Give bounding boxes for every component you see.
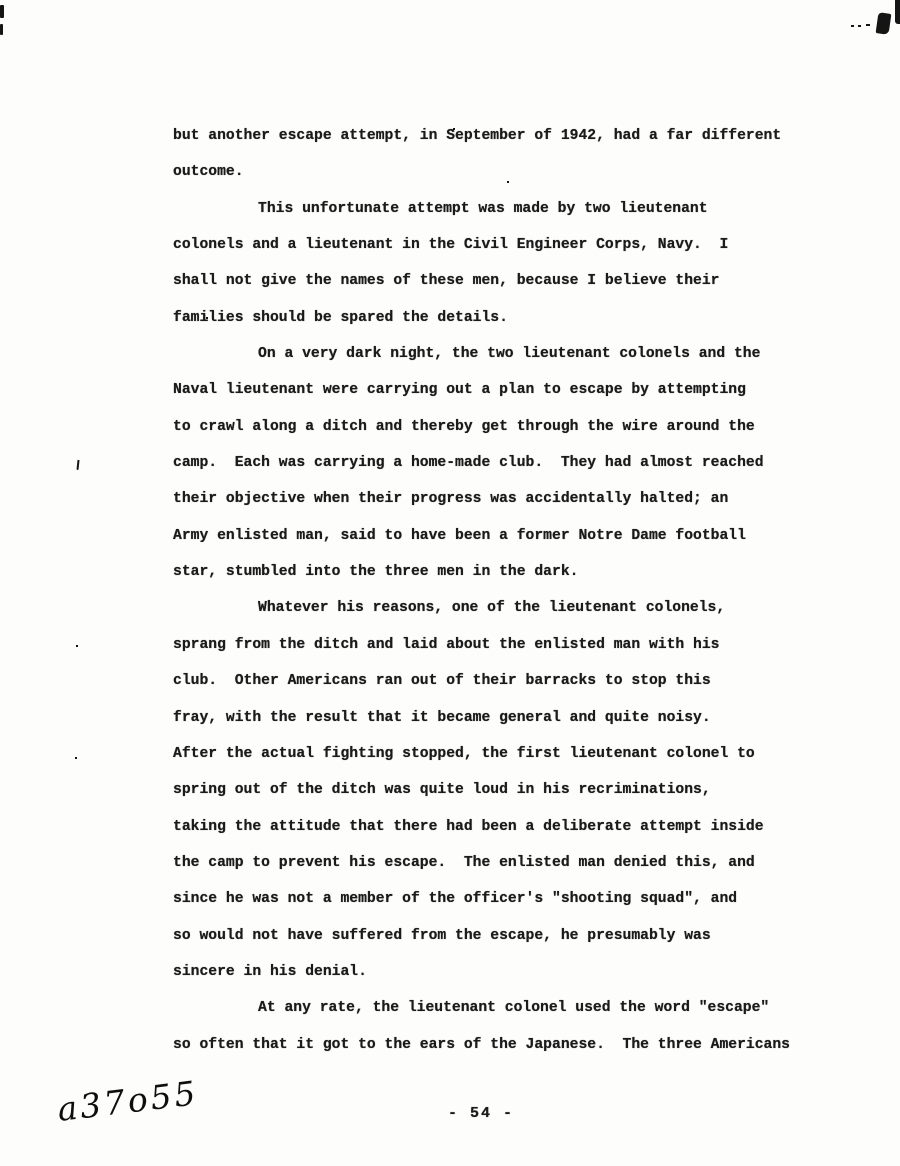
text-line: sprang from the ditch and laid about the… bbox=[173, 627, 833, 663]
scan-artifact bbox=[851, 25, 854, 27]
text-line: camp. Each was carrying a home-made club… bbox=[173, 445, 833, 481]
text-line: so would not have suffered from the esca… bbox=[173, 918, 833, 954]
text-line: At any rate, the lieutenant colonel used… bbox=[173, 990, 833, 1026]
text-line: so often that it got to the ears of the … bbox=[173, 1027, 833, 1063]
text-line: Whatever his reasons, one of the lieuten… bbox=[173, 590, 833, 626]
text-line: star, stumbled into the three men in the… bbox=[173, 554, 833, 590]
handwritten-annotation: a37o55 bbox=[55, 1073, 200, 1129]
page-number: - 54 - bbox=[448, 1105, 514, 1122]
scan-artifact bbox=[206, 317, 208, 319]
scan-artifact bbox=[75, 757, 77, 759]
text-line: This unfortunate attempt was made by two… bbox=[173, 191, 833, 227]
text-line: fray, with the result that it became gen… bbox=[173, 700, 833, 736]
scan-artifact bbox=[858, 25, 861, 27]
text-line: colonels and a lieutenant in the Civil E… bbox=[173, 227, 833, 263]
text-line: taking the attitude that there had been … bbox=[173, 809, 833, 845]
scan-artifact bbox=[0, 24, 3, 35]
scan-artifact bbox=[507, 181, 509, 183]
typewritten-text: but another escape attempt, in September… bbox=[173, 118, 833, 1063]
scanned-document-page: but another escape attempt, in September… bbox=[0, 0, 900, 1166]
scan-artifact bbox=[76, 645, 78, 647]
scan-artifact bbox=[895, 0, 900, 24]
text-line: shall not give the names of these men, b… bbox=[173, 263, 833, 299]
text-line: but another escape attempt, in September… bbox=[173, 118, 833, 154]
text-line: since he was not a member of the officer… bbox=[173, 881, 833, 917]
text-line: sincere in his denial. bbox=[173, 954, 833, 990]
text-line: club. Other Americans ran out of their b… bbox=[173, 663, 833, 699]
text-line: to crawl along a ditch and thereby get t… bbox=[173, 409, 833, 445]
scan-artifact bbox=[866, 24, 870, 26]
text-line: outcome. bbox=[173, 154, 833, 190]
text-line: the camp to prevent his escape. The enli… bbox=[173, 845, 833, 881]
text-line: families should be spared the details. bbox=[173, 300, 833, 336]
text-line: After the actual fighting stopped, the f… bbox=[173, 736, 833, 772]
scan-artifact bbox=[76, 460, 79, 470]
text-line: On a very dark night, the two lieutenant… bbox=[173, 336, 833, 372]
scan-artifact bbox=[0, 5, 4, 18]
scan-artifact bbox=[453, 128, 455, 130]
text-line: Army enlisted man, said to have been a f… bbox=[173, 518, 833, 554]
text-line: Naval lieutenant were carrying out a pla… bbox=[173, 372, 833, 408]
scan-artifact bbox=[876, 12, 892, 35]
text-line: their objective when their progress was … bbox=[173, 481, 833, 517]
text-line: spring out of the ditch was quite loud i… bbox=[173, 772, 833, 808]
